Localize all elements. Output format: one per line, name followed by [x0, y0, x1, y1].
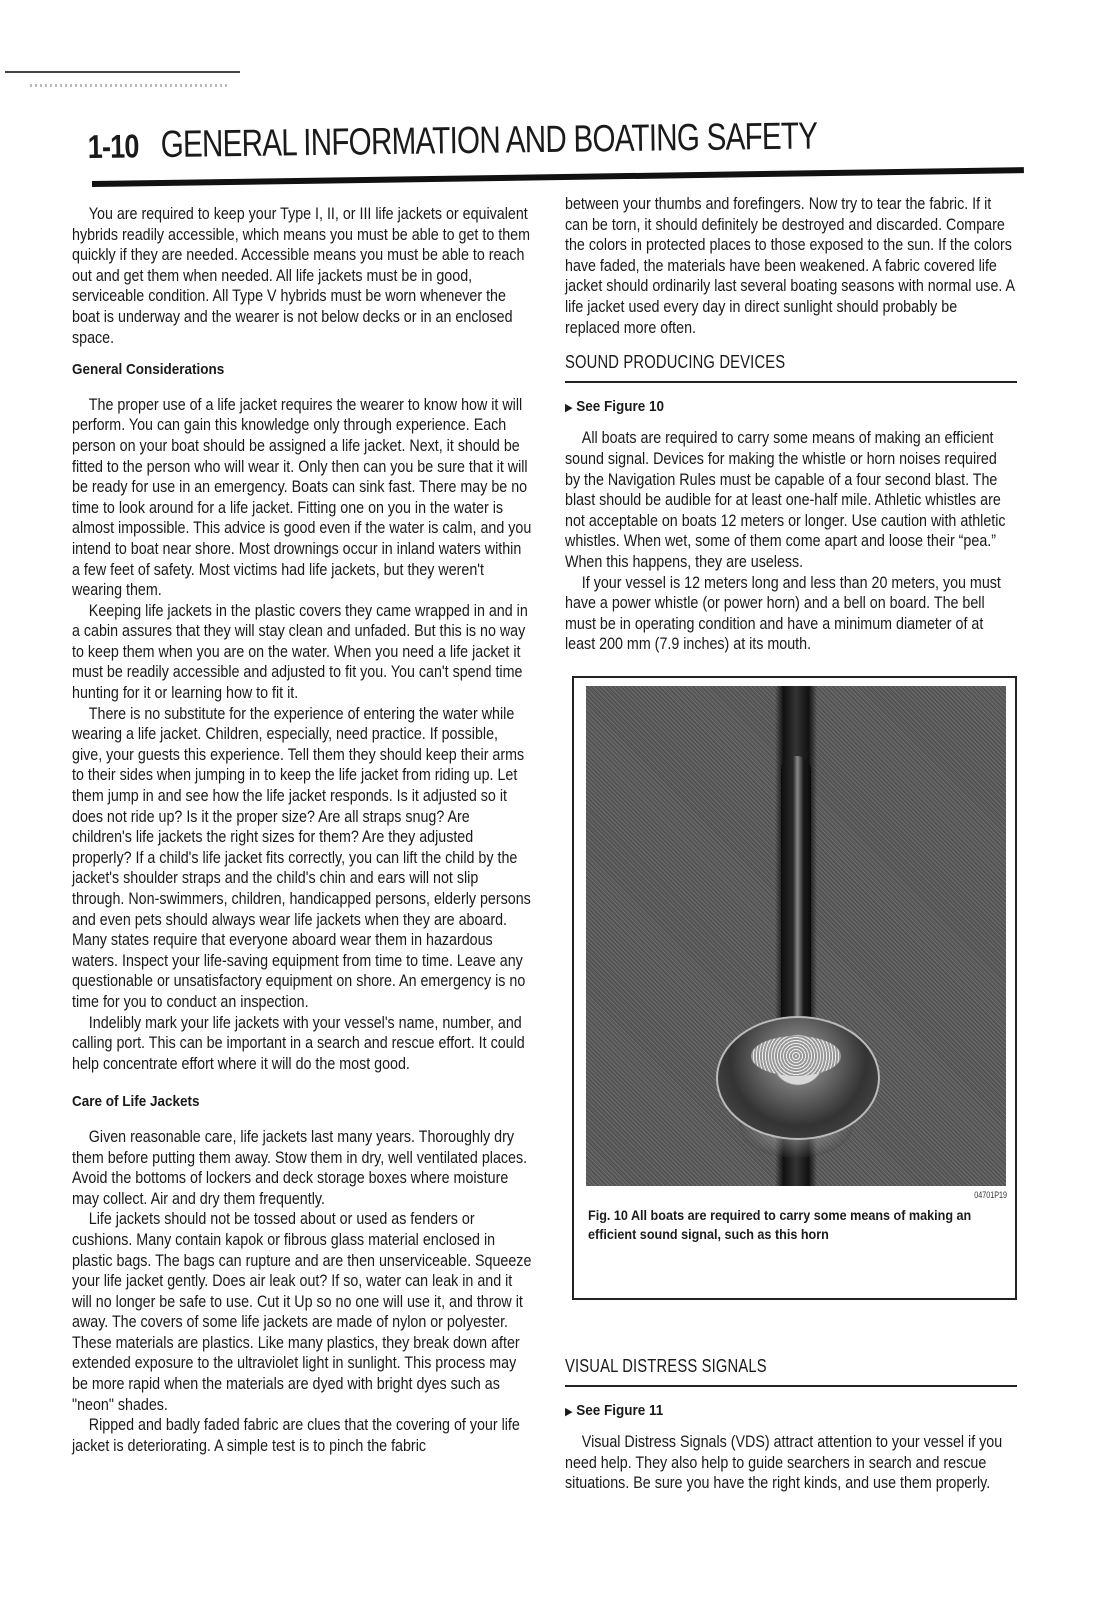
section-rule	[565, 1385, 1017, 1387]
right-column: between your thumbs and forefingers. Now…	[565, 194, 1015, 655]
intro-paragraph: You are required to keep your Type I, II…	[72, 204, 532, 348]
header-rule	[92, 167, 1024, 187]
paragraph: All boats are required to carry some mea…	[565, 428, 1015, 572]
scan-artifact-rule	[5, 71, 240, 73]
chapter-number: 1-10	[87, 127, 138, 166]
paragraph: The proper use of a life jacket requires…	[72, 395, 532, 601]
care-of-life-jackets-heading: Care of Life Jackets	[72, 1092, 486, 1113]
figure-caption: Fig. 10 All boats are required to carry …	[588, 1206, 1007, 1244]
paragraph: There is no substitute for the experienc…	[72, 704, 532, 1013]
see-figure-label: See Figure 10	[576, 398, 664, 415]
horn-photo	[586, 686, 1006, 1186]
general-considerations-heading: General Considerations	[72, 360, 486, 381]
visual-distress-signals-heading: VISUAL DISTRESS SIGNALS	[565, 1356, 936, 1377]
paragraph: Keeping life jackets in the plastic cove…	[72, 601, 532, 704]
horn-tube	[781, 756, 811, 1056]
see-figure-11-link[interactable]: ▶See Figure 11	[565, 1401, 972, 1423]
paragraph: Indelibly mark your life jackets with yo…	[72, 1013, 532, 1075]
continued-paragraph: between your thumbs and forefingers. Now…	[565, 194, 1015, 338]
paragraph: If your vessel is 12 meters long and les…	[565, 573, 1015, 655]
see-figure-label: See Figure 11	[576, 1402, 663, 1419]
paragraph: Ripped and badly faded fabric are clues …	[72, 1415, 532, 1456]
paragraph: Given reasonable care, life jackets last…	[72, 1127, 532, 1209]
sound-producing-devices-heading: SOUND PRODUCING DEVICES	[565, 352, 934, 373]
arrow-bullet-icon: ▶	[565, 398, 573, 419]
left-column: You are required to keep your Type I, II…	[72, 204, 532, 1456]
horn-grille	[751, 1036, 841, 1076]
see-figure-10-link[interactable]: ▶See Figure 10	[565, 397, 970, 419]
figure-10: 04701P19 Fig. 10 All boats are required …	[572, 676, 1017, 1300]
page-header: 1-10 GENERAL INFORMATION AND BOATING SAF…	[87, 113, 1002, 168]
chapter-title: GENERAL INFORMATION AND BOATING SAFETY	[160, 115, 817, 167]
figure-code: 04701P19	[974, 1190, 1007, 1200]
arrow-bullet-icon: ▶	[565, 1402, 573, 1423]
horn-flare	[716, 1016, 880, 1140]
right-column-lower: VISUAL DISTRESS SIGNALS ▶See Figure 11 V…	[565, 1342, 1017, 1494]
paragraph: Life jackets should not be tossed about …	[72, 1209, 532, 1415]
scan-artifact-noise	[30, 84, 230, 87]
section-rule	[565, 381, 1017, 383]
paragraph: Visual Distress Signals (VDS) attract at…	[565, 1432, 1017, 1494]
